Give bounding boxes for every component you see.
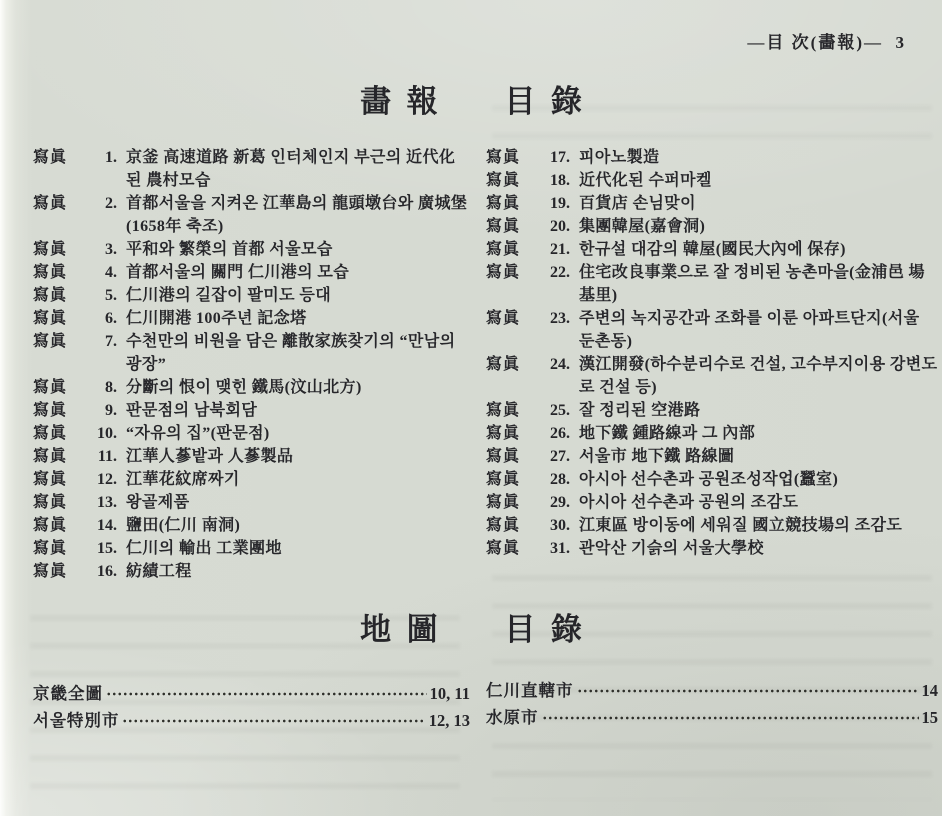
photo-toc-title: 畵報 目錄 xyxy=(0,76,942,121)
toc-item: 寫眞5.仁川港의 길잡이 팔미도 등대 xyxy=(33,284,470,307)
toc-item: 寫眞31.관악산 기슭의 서울大學校 xyxy=(486,537,938,560)
dot-leader xyxy=(542,716,919,720)
item-title: 集團韓屋(嘉會洞) xyxy=(579,215,938,238)
dot-leader xyxy=(106,692,427,696)
photo-label: 寫眞 xyxy=(486,491,532,514)
item-number: 16. xyxy=(79,560,126,583)
item-title: 首都서울의 關門 仁川港의 모습 xyxy=(126,261,470,284)
toc-item: 寫眞27.서울市 地下鐵 路線圖 xyxy=(486,445,938,468)
item-title: 江華花紋席짜기 xyxy=(126,468,470,491)
scanned-book-page: —目 次(畵報)— 3 畵報 目錄 寫眞1.京釜 高速道路 新葛 인터체인지 부… xyxy=(0,0,942,816)
map-toc-title: 地圖 目錄 xyxy=(0,604,942,649)
item-number: 31. xyxy=(532,537,579,560)
item-title: 왕골제품 xyxy=(126,491,470,514)
item-number: 9. xyxy=(79,399,126,422)
photo-label: 寫眞 xyxy=(33,238,79,261)
item-number: 19. xyxy=(532,192,579,215)
toc-item: 寫眞8.分斷의 恨이 맺힌 鐵馬(汶山北方) xyxy=(33,376,470,399)
item-title: 漢江開發(하수분리수로 건설, 고수부지이용 강변도로 건설 등) xyxy=(579,353,938,399)
toc-item: 寫眞17.피아노製造 xyxy=(486,146,938,169)
item-number: 28. xyxy=(532,468,579,491)
item-title: 仁川港의 길잡이 팔미도 등대 xyxy=(126,284,470,307)
toc-item: 寫眞1.京釜 高速道路 新葛 인터체인지 부근의 近代化된 農村모습 xyxy=(33,146,470,192)
photo-label: 寫眞 xyxy=(486,514,532,537)
item-number: 13. xyxy=(79,491,126,514)
item-number: 26. xyxy=(532,422,579,445)
toc-item: 寫眞12.江華花紋席짜기 xyxy=(33,468,470,491)
item-number: 14. xyxy=(79,514,126,537)
map-page-numbers: 12, 13 xyxy=(429,707,470,734)
item-number: 25. xyxy=(532,399,579,422)
photo-toc-left-column: 寫眞1.京釜 高速道路 新葛 인터체인지 부근의 近代化된 農村모습 寫眞2.首… xyxy=(33,146,470,583)
photo-label: 寫眞 xyxy=(33,491,79,514)
item-number: 20. xyxy=(532,215,579,238)
item-number: 22. xyxy=(532,261,579,284)
item-number: 4. xyxy=(79,261,126,284)
toc-item: 寫眞2.首都서울을 지켜온 江華島의 龍頭墩台와 廣城堡(1658年 축조) xyxy=(33,192,470,238)
toc-item: 寫眞11.江華人蔘밭과 人蔘製品 xyxy=(33,445,470,468)
toc-item: 寫眞9.판문점의 남북회담 xyxy=(33,399,470,422)
item-title: 仁川의 輸出 工業團地 xyxy=(126,537,470,560)
item-title: 수천만의 비원을 담은 離散家族찾기의 “만남의 광장” xyxy=(126,330,470,376)
item-number: 6. xyxy=(79,307,126,330)
toc-item: 寫眞14.鹽田(仁川 南洞) xyxy=(33,514,470,537)
photo-label: 寫眞 xyxy=(486,192,532,215)
photo-label: 寫眞 xyxy=(486,169,532,192)
map-name: 仁川直轄市 xyxy=(486,677,574,704)
item-title: 잘 정리된 空港路 xyxy=(579,399,938,422)
toc-item: 寫眞4.首都서울의 關門 仁川港의 모습 xyxy=(33,261,470,284)
map-page-numbers: 15 xyxy=(922,704,939,731)
item-number: 5. xyxy=(79,284,126,307)
photo-label: 寫眞 xyxy=(33,261,79,284)
item-title: 住宅改良事業으로 잘 정비된 농촌마을(金浦邑 場基里) xyxy=(579,261,938,307)
photo-label: 寫眞 xyxy=(486,537,532,560)
item-number: 11. xyxy=(79,445,126,468)
item-number: 3. xyxy=(79,238,126,261)
dot-leader xyxy=(122,719,425,723)
item-title: 地下鐵 鍾路線과 그 內部 xyxy=(579,422,938,445)
map-page-numbers: 10, 11 xyxy=(430,680,470,707)
running-head-page-number: —目 次(畵報)— 3 xyxy=(747,28,906,53)
item-title: 平和와 繁榮의 首都 서울모습 xyxy=(126,238,470,261)
item-number: 2. xyxy=(79,192,126,215)
item-title: 鹽田(仁川 南洞) xyxy=(126,514,470,537)
item-title: 판문점의 남북회담 xyxy=(126,399,470,422)
photo-label: 寫眞 xyxy=(33,560,79,583)
item-title: “자유의 집”(판문점) xyxy=(126,422,470,445)
photo-label: 寫眞 xyxy=(486,445,532,468)
map-toc-right-column: 仁川直轄市14 水原市15 xyxy=(486,677,938,731)
item-title: 아시아 선수촌과 공원의 조감도 xyxy=(579,491,938,514)
item-number: 29. xyxy=(532,491,579,514)
photo-label: 寫眞 xyxy=(33,422,79,445)
map-page-numbers: 14 xyxy=(922,677,939,704)
photo-label: 寫眞 xyxy=(486,146,532,169)
photo-label: 寫眞 xyxy=(486,261,532,284)
toc-item: 寫眞16.紡績工程 xyxy=(33,560,470,583)
item-title: 分斷의 恨이 맺힌 鐵馬(汶山北方) xyxy=(126,376,470,399)
toc-item: 寫眞3.平和와 繁榮의 首都 서울모습 xyxy=(33,238,470,261)
toc-item: 寫眞24.漢江開發(하수분리수로 건설, 고수부지이용 강변도로 건설 등) xyxy=(486,353,938,399)
item-title: 주변의 녹지공간과 조화를 이룬 아파트단지(서울 둔촌동) xyxy=(579,307,938,353)
toc-item: 寫眞19.百貨店 손님맞이 xyxy=(486,192,938,215)
photo-label: 寫眞 xyxy=(33,445,79,468)
photo-label: 寫眞 xyxy=(33,284,79,307)
item-number: 17. xyxy=(532,146,579,169)
photo-label: 寫眞 xyxy=(33,146,79,169)
item-number: 7. xyxy=(79,330,126,353)
dot-leader xyxy=(577,689,919,693)
item-number: 12. xyxy=(79,468,126,491)
item-title: 한규설 대감의 韓屋(國民大內에 保存) xyxy=(579,238,938,261)
toc-item: 寫眞30.江東區 방이동에 세워질 國立競技場의 조감도 xyxy=(486,514,938,537)
map-entry: 仁川直轄市14 xyxy=(486,677,938,704)
item-number: 24. xyxy=(532,353,579,376)
item-title: 近代化된 수퍼마켈 xyxy=(579,169,938,192)
item-number: 8. xyxy=(79,376,126,399)
photo-label: 寫眞 xyxy=(33,376,79,399)
photo-label: 寫眞 xyxy=(33,192,79,215)
item-title: 京釜 高速道路 新葛 인터체인지 부근의 近代化된 農村모습 xyxy=(126,146,470,192)
item-title: 관악산 기슭의 서울大學校 xyxy=(579,537,938,560)
item-title: 江東區 방이동에 세워질 國立競技場의 조감도 xyxy=(579,514,938,537)
item-number: 30. xyxy=(532,514,579,537)
toc-item: 寫眞13.왕골제품 xyxy=(33,491,470,514)
map-toc-left-column: 京畿全圖10, 11 서울特別市12, 13 xyxy=(33,680,470,734)
toc-item: 寫眞10.“자유의 집”(판문점) xyxy=(33,422,470,445)
photo-label: 寫眞 xyxy=(33,307,79,330)
map-name: 京畿全圖 xyxy=(33,680,103,707)
photo-toc-right-column: 寫眞17.피아노製造 寫眞18.近代化된 수퍼마켈 寫眞19.百貨店 손님맞이 … xyxy=(486,146,938,560)
map-entry: 京畿全圖10, 11 xyxy=(33,680,470,707)
toc-item: 寫眞23.주변의 녹지공간과 조화를 이룬 아파트단지(서울 둔촌동) xyxy=(486,307,938,353)
photo-label: 寫眞 xyxy=(33,468,79,491)
photo-label: 寫眞 xyxy=(486,238,532,261)
toc-item: 寫眞22.住宅改良事業으로 잘 정비된 농촌마을(金浦邑 場基里) xyxy=(486,261,938,307)
item-title: 江華人蔘밭과 人蔘製品 xyxy=(126,445,470,468)
item-number: 21. xyxy=(532,238,579,261)
item-title: 서울市 地下鐵 路線圖 xyxy=(579,445,938,468)
toc-item: 寫眞18.近代化된 수퍼마켈 xyxy=(486,169,938,192)
photo-label: 寫眞 xyxy=(486,353,532,376)
photo-label: 寫眞 xyxy=(33,399,79,422)
item-number: 18. xyxy=(532,169,579,192)
item-title: 仁川開港 100주년 記念塔 xyxy=(126,307,470,330)
toc-item: 寫眞20.集團韓屋(嘉會洞) xyxy=(486,215,938,238)
toc-item: 寫眞29.아시아 선수촌과 공원의 조감도 xyxy=(486,491,938,514)
item-title: 아시아 선수촌과 공원조성작업(蠶室) xyxy=(579,468,938,491)
photo-label: 寫眞 xyxy=(486,307,532,330)
toc-item: 寫眞7.수천만의 비원을 담은 離散家族찾기의 “만남의 광장” xyxy=(33,330,470,376)
toc-item: 寫眞25.잘 정리된 空港路 xyxy=(486,399,938,422)
item-title: 피아노製造 xyxy=(579,146,938,169)
photo-label: 寫眞 xyxy=(486,399,532,422)
item-number: 27. xyxy=(532,445,579,468)
toc-item: 寫眞15.仁川의 輸出 工業團地 xyxy=(33,537,470,560)
map-entry: 水原市15 xyxy=(486,704,938,731)
map-name: 서울特別市 xyxy=(33,707,119,734)
toc-item: 寫眞28.아시아 선수촌과 공원조성작업(蠶室) xyxy=(486,468,938,491)
map-name: 水原市 xyxy=(486,704,539,731)
photo-label: 寫眞 xyxy=(33,330,79,353)
item-title: 首都서울을 지켜온 江華島의 龍頭墩台와 廣城堡(1658年 축조) xyxy=(126,192,470,238)
item-title: 紡績工程 xyxy=(126,560,470,583)
photo-label: 寫眞 xyxy=(33,514,79,537)
toc-item: 寫眞26.地下鐵 鍾路線과 그 內部 xyxy=(486,422,938,445)
toc-item: 寫眞6.仁川開港 100주년 記念塔 xyxy=(33,307,470,330)
item-number: 15. xyxy=(79,537,126,560)
item-number: 1. xyxy=(79,146,126,169)
map-entry: 서울特別市12, 13 xyxy=(33,707,470,734)
photo-label: 寫眞 xyxy=(486,422,532,445)
item-number: 10. xyxy=(79,422,126,445)
item-title: 百貨店 손님맞이 xyxy=(579,192,938,215)
item-number: 23. xyxy=(532,307,579,330)
photo-label: 寫眞 xyxy=(486,215,532,238)
toc-item: 寫眞21.한규설 대감의 韓屋(國民大內에 保存) xyxy=(486,238,938,261)
photo-label: 寫眞 xyxy=(486,468,532,491)
photo-label: 寫眞 xyxy=(33,537,79,560)
